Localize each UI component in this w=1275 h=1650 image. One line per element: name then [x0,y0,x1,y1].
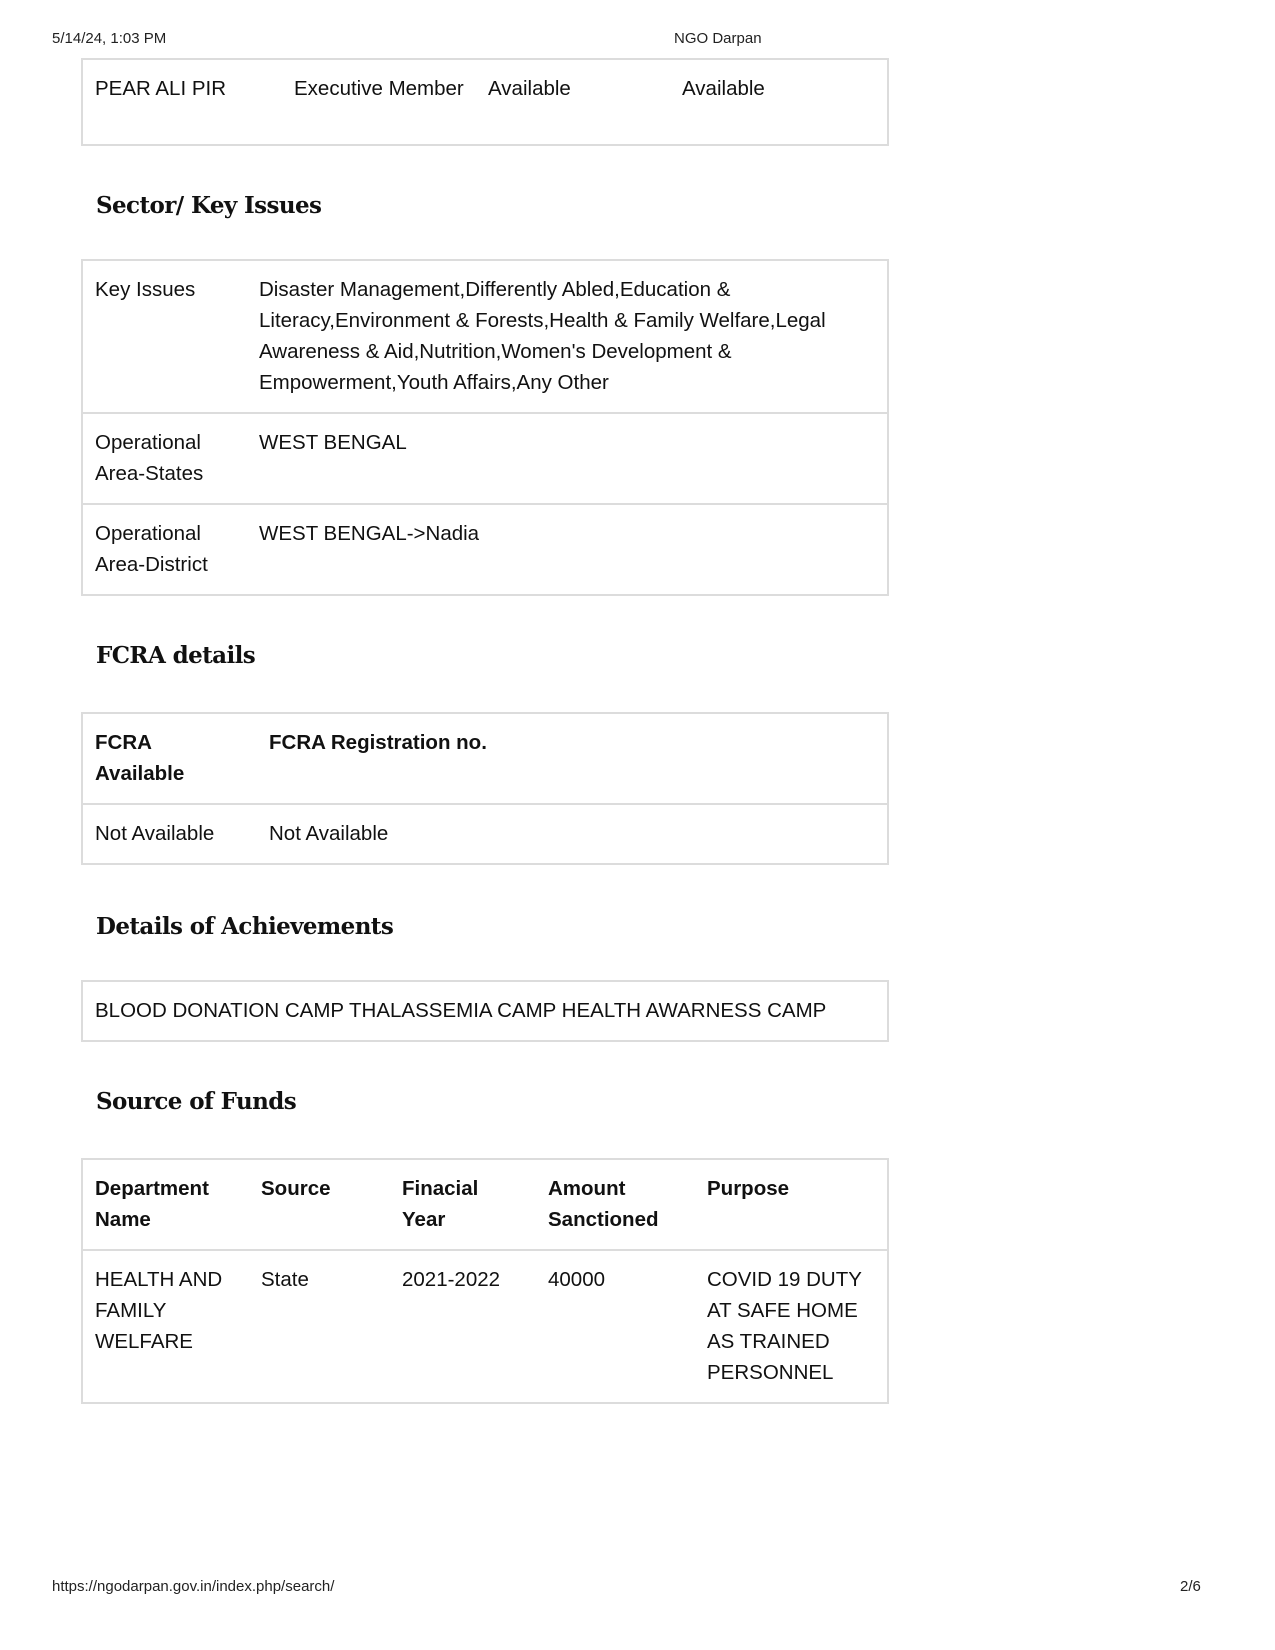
amount-sanctioned: 40000 [536,1250,695,1402]
financial-year: 2021-2022 [390,1250,536,1402]
table-row: BLOOD DONATION CAMP THALASSEMIA CAMP HEA… [83,982,887,1040]
fcra-registration-value: Not Available [257,804,887,863]
column-header: FCRA Registration no. [257,714,887,804]
fcra-available-value: Not Available [83,804,257,863]
table-row: Operational Area-District WEST BENGAL->N… [83,504,887,594]
row-value: WEST BENGAL [247,413,887,504]
row-value: Disaster Management,Differently Abled,Ed… [247,261,887,413]
member-field-3: Available [476,60,670,118]
table-row: Not Available Not Available [83,804,887,863]
achievements-box: BLOOD DONATION CAMP THALASSEMIA CAMP HEA… [81,980,889,1042]
fund-purpose: COVID 19 DUTY AT SAFE HOME AS TRAINED PE… [695,1250,887,1402]
document-body: PEAR ALI PIR Executive Member Available … [81,58,889,1404]
table-row: PEAR ALI PIR Executive Member Available … [83,60,887,118]
fund-source: State [249,1250,390,1402]
column-header: Amount Sanctioned [536,1160,695,1250]
table-row: Operational Area-States WEST BENGAL [83,413,887,504]
row-label: Operational Area-District [83,504,247,594]
column-header: Purpose [695,1160,887,1250]
print-page-title: NGO Darpan [674,30,762,47]
row-label: Operational Area-States [83,413,247,504]
column-header: Source [249,1160,390,1250]
department-name: HEALTH AND FAMILY WELFARE [83,1250,249,1402]
achievements-text: BLOOD DONATION CAMP THALASSEMIA CAMP HEA… [83,982,887,1040]
section-heading-sector: Sector/ Key Issues [81,192,889,219]
section-heading-achievements: Details of Achievements [81,913,889,940]
row-label: Key Issues [83,261,247,413]
fcra-table: FCRA Available FCRA Registration no. Not… [81,712,889,865]
member-field-4: Available [670,60,887,118]
table-header-row: FCRA Available FCRA Registration no. [83,714,887,804]
print-url: https://ngodarpan.gov.in/index.php/searc… [52,1578,334,1595]
sector-table: Key Issues Disaster Management,Different… [81,259,889,596]
members-table: PEAR ALI PIR Executive Member Available … [81,58,889,146]
column-header: Finacial Year [390,1160,536,1250]
funds-table: Department Name Source Finacial Year Amo… [81,1158,889,1404]
page-number: 2/6 [1180,1578,1201,1595]
column-header: Department Name [83,1160,249,1250]
section-heading-funds: Source of Funds [81,1088,889,1115]
print-datetime: 5/14/24, 1:03 PM [52,30,166,47]
table-header-row: Department Name Source Finacial Year Amo… [83,1160,887,1250]
member-name: PEAR ALI PIR [83,60,282,118]
column-header: FCRA Available [83,714,257,804]
table-row: HEALTH AND FAMILY WELFARE State 2021-202… [83,1250,887,1402]
member-designation: Executive Member [282,60,476,118]
table-row: Key Issues Disaster Management,Different… [83,261,887,413]
row-value: WEST BENGAL->Nadia [247,504,887,594]
section-heading-fcra: FCRA details [81,642,889,669]
